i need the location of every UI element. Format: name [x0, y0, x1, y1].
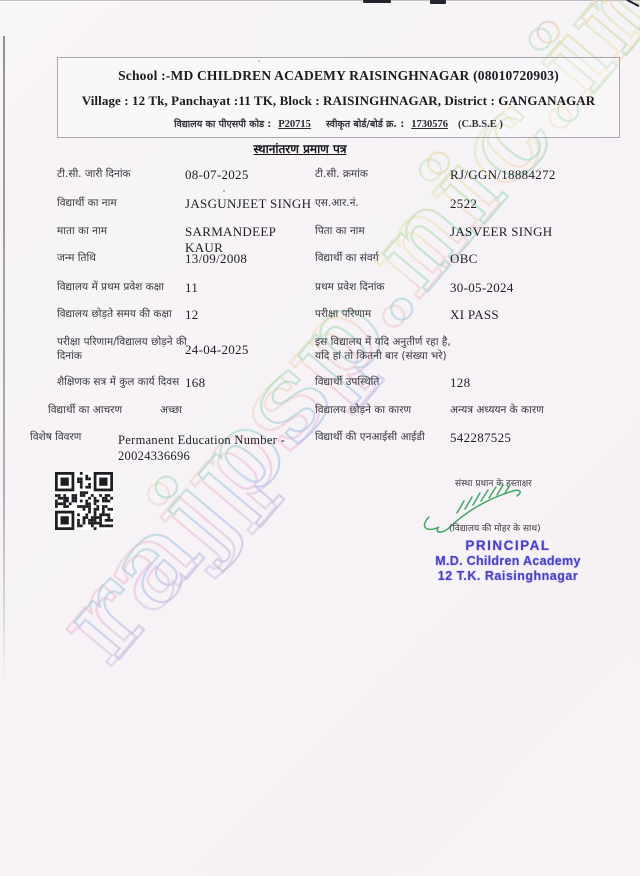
field-value: अच्छा [160, 403, 288, 417]
school-name-line: School :-MD CHILDREN ACADEMY RAISINGHNAG… [58, 68, 619, 84]
seal-note: (विद्यालय की मोहर के साथ) [449, 521, 619, 534]
field-value: 11 [185, 280, 313, 296]
field-label: विद्यालय छोड़ते समय की कक्षा [57, 307, 187, 321]
field-label: टी.सी. जारी दिनांक [57, 167, 187, 181]
psp-code-line: विद्यालय का पीएसपी कोड : P20715 स्वीकृत … [58, 117, 619, 130]
field-value: XI PASS [450, 307, 625, 323]
field-value: अन्यत्र अध्ययन के कारण [450, 403, 625, 417]
field-label: विद्यार्थी उपस्थिति [315, 375, 453, 389]
field-row: विशेष विवरण Permanent Education Number -… [0, 430, 640, 466]
village-line: Village : 12 Tk, Panchayat :11 TK, Block… [58, 93, 619, 109]
field-row: टी.सी. जारी दिनांक 08-07-2025 टी.सी. क्र… [0, 167, 640, 191]
field-label: प्रथम प्रवेश दिनांक [315, 280, 453, 294]
stamp-school: M.D. Children Academy [413, 553, 603, 569]
field-row: विद्यार्थी का नाम JASGUNJEET SINGH एस.आर… [0, 196, 640, 220]
field-value: 13/09/2008 [185, 251, 313, 267]
field-value: JASGUNJEET SINGH [185, 196, 313, 212]
stamp-title: PRINCIPAL [413, 538, 603, 553]
qr-code-image [55, 472, 113, 530]
field-value: 30-05-2024 [450, 280, 625, 296]
field-label: परीक्षा परिणाम/विद्यालय छोड़ने की दिनांक [57, 335, 187, 363]
field-label: माता का नाम [57, 224, 187, 238]
field-label: टी.सी. क्रमांक [315, 167, 453, 181]
field-label: विद्यार्थी का संवर्ग [315, 251, 453, 265]
field-value: 2522 [450, 196, 625, 212]
principal-stamp: PRINCIPAL M.D. Children Academy 12 T.K. … [413, 538, 603, 584]
board-value: 1730576 [411, 119, 448, 130]
field-label: विद्यार्थी का आचरण [48, 403, 178, 417]
field-label: परीक्षा परिणाम [315, 307, 453, 321]
field-row: विद्यार्थी का आचरण अच्छा विद्यालय छोड़ने… [0, 403, 640, 427]
field-value: JASVEER SINGH [450, 224, 625, 240]
field-label: विद्यालय छोड़ने का कारण [315, 403, 453, 417]
field-value: 12 [185, 307, 313, 323]
scanned-certificate-page: rajpsp.nic.in rajpsp.nic.in School :-MD … [0, 0, 640, 876]
field-label: एस.आर.नं. [315, 196, 453, 210]
field-value: RJ/GGN/18884272 [450, 167, 625, 183]
field-row: माता का नाम SARMANDEEP KAUR पिता का नाम … [0, 224, 640, 248]
field-label: जन्म तिथि [57, 251, 187, 265]
field-label: पिता का नाम [315, 224, 453, 238]
header-box: School :-MD CHILDREN ACADEMY RAISINGHNAG… [57, 57, 620, 138]
field-value: 08-07-2025 [185, 167, 313, 183]
field-label: शैक्षिणक सत्र में कुल कार्य दिवस [57, 375, 187, 389]
field-row: विद्यालय में प्रथम प्रवेश कक्षा 11 प्रथम… [0, 280, 640, 304]
field-row: शैक्षिणक सत्र में कुल कार्य दिवस 168 विद… [0, 375, 640, 399]
certificate-content: School :-MD CHILDREN ACADEMY RAISINGHNAG… [0, 0, 640, 876]
board-suffix: (C.B.S.E ) [458, 119, 503, 130]
certificate-title: स्थानांतरण प्रमाण पत्र [140, 140, 460, 157]
field-label: विद्यालय में प्रथम प्रवेश कक्षा [57, 280, 187, 294]
board-label: स्वीकृत बोर्ड/बोर्ड क्र. : [326, 119, 404, 130]
field-value: 128 [450, 375, 625, 391]
field-value: 24-04-2025 [185, 342, 313, 358]
psp-code-label: विद्यालय का पीएसपी कोड : [174, 119, 271, 130]
field-label: विद्यार्थी की एनआईसी आईडी [315, 430, 453, 444]
field-row: परीक्षा परिणाम/विद्यालय छोड़ने की दिनांक… [0, 335, 640, 369]
field-row: जन्म तिथि 13/09/2008 विद्यार्थी का संवर्… [0, 251, 640, 275]
field-value: OBC [450, 251, 625, 267]
field-label: इस विद्यालय में यदि अनुतीर्ण रहा है, यदि… [315, 335, 453, 363]
field-value: 168 [185, 375, 313, 391]
qr-code [55, 472, 113, 530]
field-row: विद्यालय छोड़ते समय की कक्षा 12 परीक्षा … [0, 307, 640, 331]
field-value: 542287525 [450, 430, 625, 446]
field-label: विद्यार्थी का नाम [57, 196, 187, 210]
stamp-place: 12 T.K. Raisinghnagar [413, 569, 603, 584]
psp-code-value: P20715 [278, 119, 311, 130]
field-value: Permanent Education Number - 20024336696 [118, 433, 338, 464]
